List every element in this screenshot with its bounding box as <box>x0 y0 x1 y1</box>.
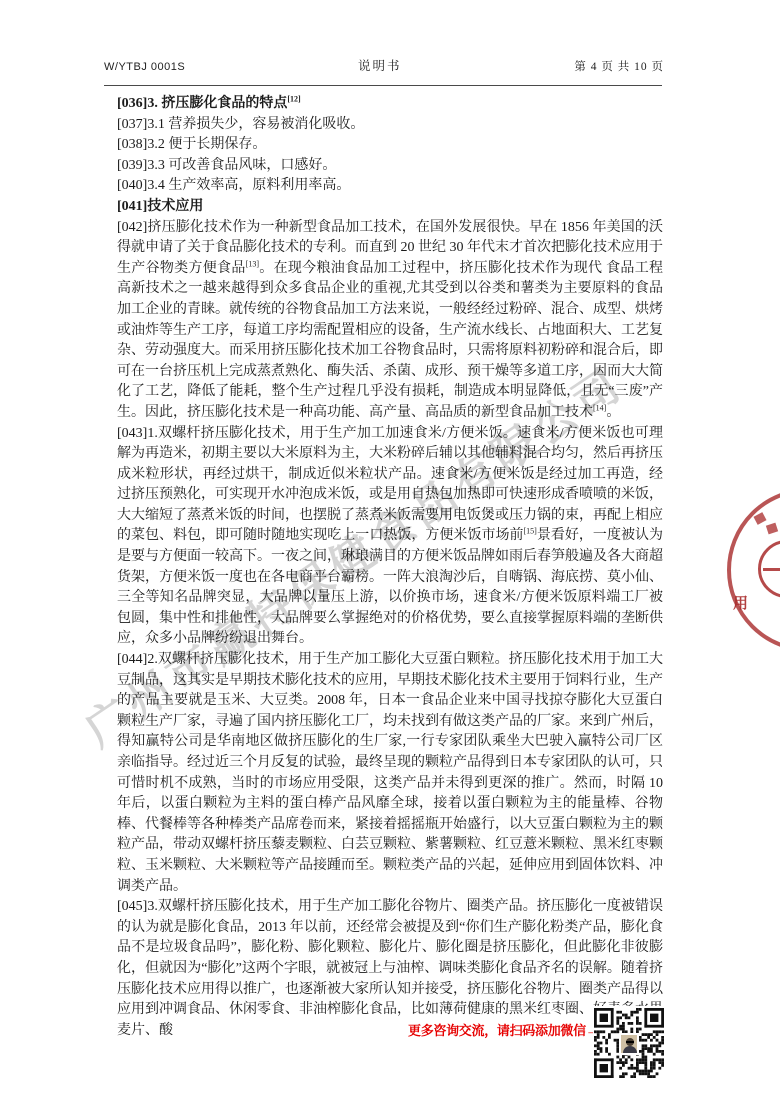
paragraph-038: [038]3.2 便于长期保存。 <box>117 135 663 156</box>
wechat-qr-code-icon <box>593 1006 665 1080</box>
qr-center-avatar <box>619 1033 639 1055</box>
paragraph-041: [041]技术应用 <box>117 197 663 218</box>
doc-code: W/YTBJ 0001S <box>104 61 185 73</box>
red-seal-stamp: 用 <box>727 488 780 652</box>
paragraph-039: [039]3.3 可改善食品风味，口感好。 <box>117 156 663 177</box>
wechat-contact-note: 更多咨询交流，请扫码添加微信→ <box>408 1020 599 1039</box>
header-divider <box>104 85 662 86</box>
paragraph-036: [036]3. 挤压膨化食品的特点[12] <box>117 94 663 115</box>
page-title: 说明书 <box>358 56 402 74</box>
document-page: 广州市赢特保健食品有限公司 W/YTBJ 0001S 说明书 第 4 页 共 1… <box>0 0 780 1103</box>
page-number: 第 4 页 共 10 页 <box>574 58 664 74</box>
page-header: W/YTBJ 0001S 说明书 第 4 页 共 10 页 <box>104 56 664 74</box>
paragraph-040: [040]3.4 生产效率高，原料利用率高。 <box>117 176 663 197</box>
avatar-sunglasses-icon <box>626 1041 634 1043</box>
paragraph-042: [042]挤压膨化技术作为一种新型食品加工技术，在国外发展很快。早在 1856 … <box>117 218 663 424</box>
paragraph-043: [043]1.双螺杆挤压膨化技术，用于生产加工加速食米/方便米饭。速食米/方便米… <box>117 424 663 651</box>
seal-character: 用 <box>733 592 748 613</box>
avatar-torso-icon <box>623 1046 637 1055</box>
paragraph-037: [037]3.1 营养损失少，容易被消化吸收。 <box>117 115 663 136</box>
document-body: [036]3. 挤压膨化食品的特点[12][037]3.1 营养损失少，容易被消… <box>117 94 663 1041</box>
paragraph-044: [044]2.双螺杆挤压膨化技术，用于生产加工膨化大豆蛋白颗粒。挤压膨化技术用于… <box>117 650 663 897</box>
